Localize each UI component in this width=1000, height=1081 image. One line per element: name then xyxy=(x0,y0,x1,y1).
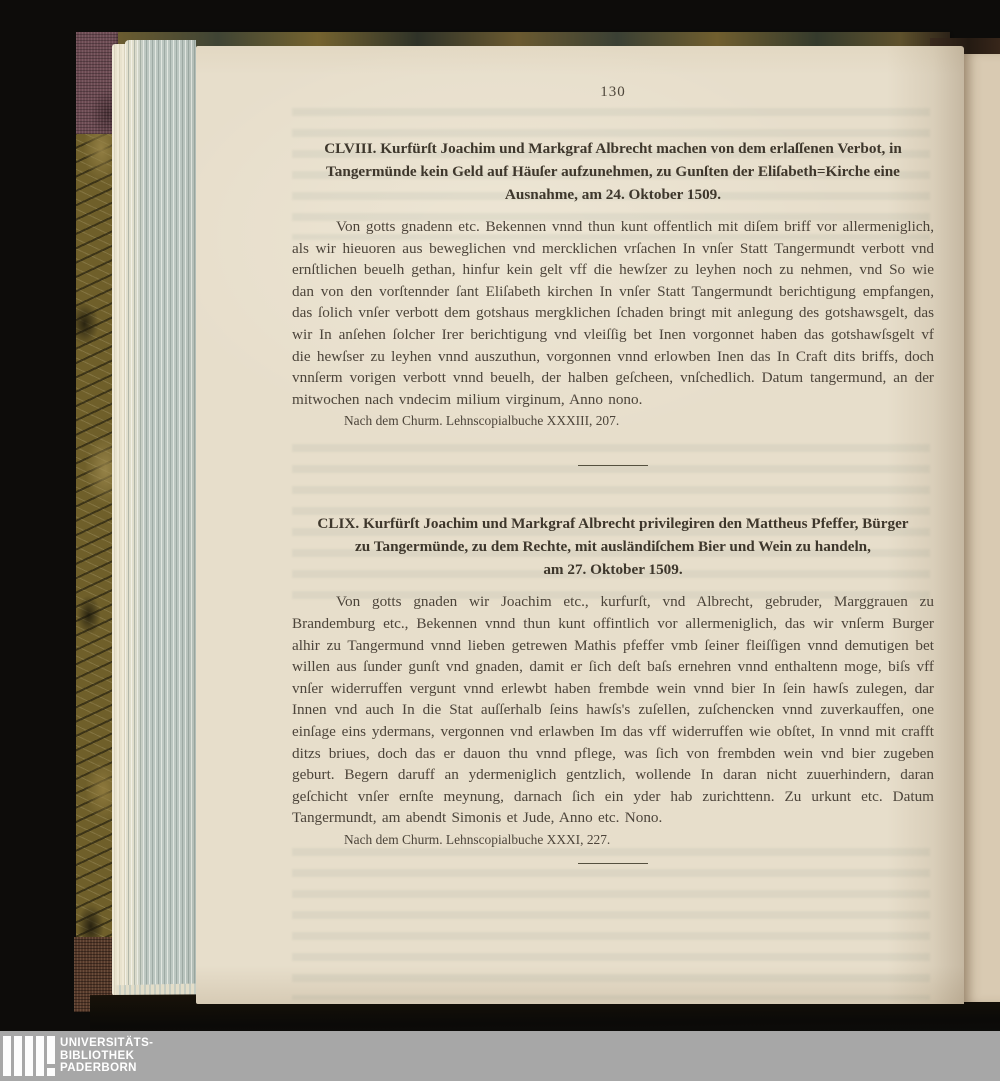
section-body-clviii: Von gotts gnadenn etc. Bekennen vnnd thu… xyxy=(292,216,934,410)
section-body-clix: Von gotts gnaden wir Joachim etc., kurfu… xyxy=(292,591,934,829)
book-page: 130 CLVIII. Kurfürſt Joachim und Markgra… xyxy=(196,46,964,1004)
logo-bar xyxy=(25,1036,33,1076)
source-footnote-clix: Nach dem Churm. Lehnscopialbuche XXXI, 2… xyxy=(344,832,934,848)
library-name-line: PADERBORN xyxy=(60,1062,153,1075)
heading-line: Tangermünde kein Geld auf Häuſer aufzune… xyxy=(292,160,934,183)
heading-line: CLIX. Kurfürſt Joachim und Markgraf Albr… xyxy=(292,512,934,535)
section-divider xyxy=(578,863,648,864)
heading-line: zu Tangermünde, zu dem Rechte, mit auslä… xyxy=(292,535,934,558)
library-name-line: UNIVERSITÄTS- xyxy=(60,1037,153,1050)
page-stack-fore-edge xyxy=(125,40,196,998)
facing-page-sliver xyxy=(964,54,1000,1002)
page-number: 130 xyxy=(292,84,934,101)
logo-bar xyxy=(3,1036,11,1076)
logo-bar xyxy=(14,1036,22,1076)
library-logo-icon xyxy=(3,1036,58,1076)
page-content: 130 CLVIII. Kurfürſt Joachim und Markgra… xyxy=(196,46,964,1004)
page-stack-edge-light xyxy=(112,44,125,996)
logo-exclamation-bar xyxy=(47,1036,55,1064)
library-name: UNIVERSITÄTS- BIBLIOTHEK PADERBORN xyxy=(60,1037,153,1075)
logo-bar xyxy=(36,1036,44,1076)
heading-line: CLVIII. Kurfürſt Joachim und Markgraf Al… xyxy=(292,137,934,160)
source-footnote-clviii: Nach dem Churm. Lehnscopialbuche XXXIII,… xyxy=(344,413,934,429)
section-divider xyxy=(578,465,648,466)
section-heading-clviii: CLVIII. Kurfürſt Joachim und Markgraf Al… xyxy=(292,137,934,206)
library-name-line: BIBLIOTHEK xyxy=(60,1050,153,1063)
heading-line: am 27. Oktober 1509. xyxy=(292,558,934,581)
scanned-book-photo: 130 CLVIII. Kurfürſt Joachim und Markgra… xyxy=(0,0,1000,1081)
heading-line: Ausnahme, am 24. Oktober 1509. xyxy=(292,183,934,206)
library-watermark-banner: UNIVERSITÄTS- BIBLIOTHEK PADERBORN xyxy=(0,1031,1000,1081)
section-heading-clix: CLIX. Kurfürſt Joachim und Markgraf Albr… xyxy=(292,512,934,581)
